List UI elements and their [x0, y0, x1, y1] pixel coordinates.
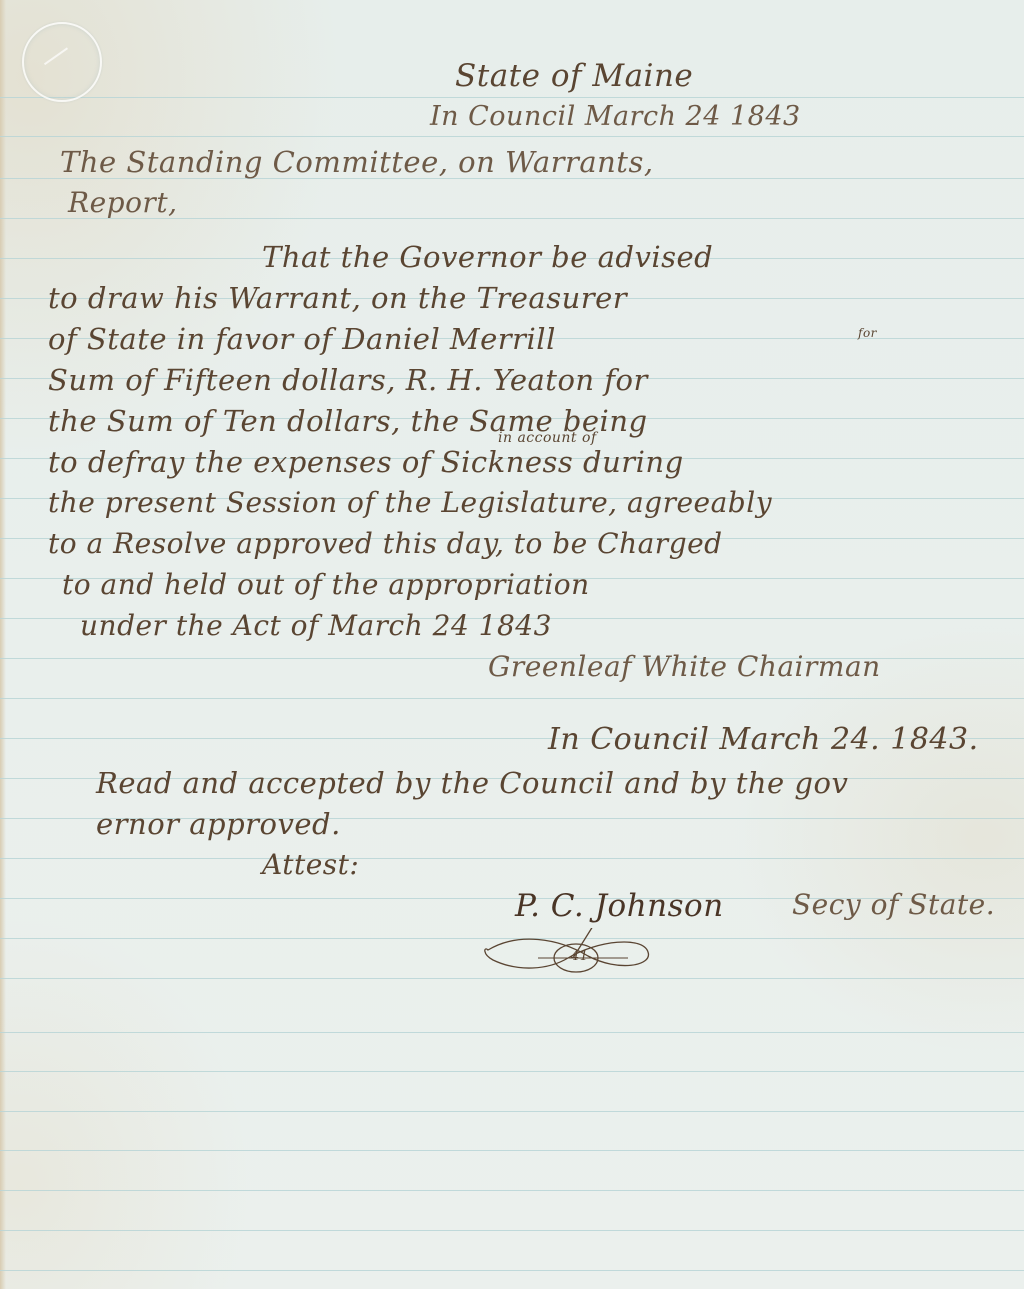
chairman-signature: Greenleaf White Chairman	[488, 650, 881, 683]
ruled-line	[0, 1111, 1024, 1112]
paper-left-edge	[0, 0, 6, 1289]
ruled-line	[0, 97, 1024, 98]
secretary-title: Secy of State.	[792, 888, 995, 921]
body-line-2: to draw his Warrant, on the Treasurer	[48, 281, 627, 315]
body-line-4: Sum of Fifteen dollars, R. H. Yeaton for	[48, 363, 648, 397]
secretary-name: P. C. Johnson	[515, 888, 724, 924]
flourish-mark: 41	[571, 949, 589, 964]
body-line-7: the present Session of the Legislature, …	[48, 486, 772, 519]
attest-label: Attest:	[262, 848, 359, 881]
report-label: Report,	[68, 186, 177, 219]
ruled-line	[0, 1230, 1024, 1231]
interlineation-for: for	[858, 326, 877, 340]
ruled-line	[0, 858, 1024, 859]
embossed-seal-icon	[22, 22, 102, 102]
body-line-8: to a Resolve approved this day, to be Ch…	[48, 527, 723, 560]
body-line-3: of State in favor of Daniel Merrill	[48, 322, 556, 356]
council-line-2: ernor approved.	[96, 807, 341, 841]
ruled-line	[0, 136, 1024, 137]
body-line-9: to and held out of the appropriation	[62, 568, 590, 601]
committee-line: The Standing Committee, on Warrants,	[60, 145, 654, 179]
interlineation-in-account-of: in account of	[498, 430, 597, 446]
state-heading: State of Maine	[455, 58, 693, 94]
ruled-line	[0, 1270, 1024, 1271]
ruled-line	[0, 978, 1024, 979]
signature-flourish-icon	[478, 928, 658, 978]
council-dateline: In Council March 24. 1843.	[548, 722, 979, 757]
ruled-line	[0, 1032, 1024, 1033]
ruled-line	[0, 1190, 1024, 1191]
body-line-6: to defray the expenses of Sickness durin…	[48, 445, 684, 479]
body-line-10: under the Act of March 24 1843	[80, 609, 552, 642]
ruled-line	[0, 1071, 1024, 1072]
heading-dateline: In Council March 24 1843	[430, 101, 801, 132]
ruled-line	[0, 698, 1024, 699]
body-line-1: That the Governor be advised	[262, 240, 713, 274]
ruled-line	[0, 1150, 1024, 1151]
council-line-1: Read and accepted by the Council and by …	[96, 766, 848, 800]
